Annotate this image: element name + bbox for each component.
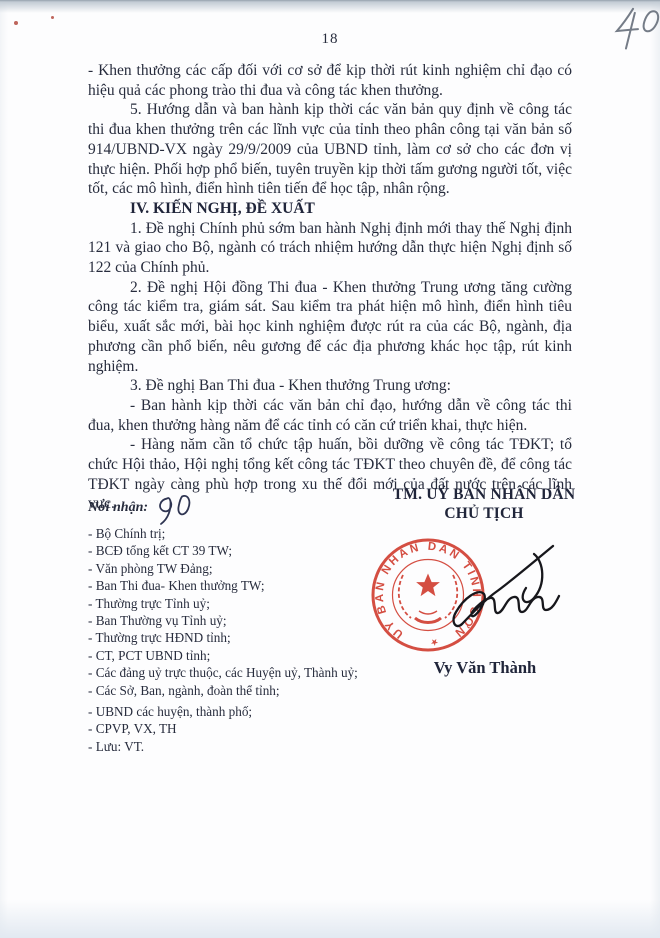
recipient-item: - Ban Thi đua- Khen thưởng TW; <box>88 577 388 594</box>
recipient-item: - Các Sở, Ban, ngành, đoàn thể tỉnh; <box>88 682 388 699</box>
stamp-separator-star: ★ <box>428 637 439 647</box>
document-body: - Khen thưởng các cấp đối với cơ sở để k… <box>88 61 572 514</box>
signature-heading-block: TM. UỶ BAN NHÂN DÂN CHỦ TỊCH <box>384 486 584 523</box>
handwritten-copy-count <box>153 492 195 527</box>
signing-authority: TM. UỶ BAN NHÂN DÂN <box>384 486 584 505</box>
recipients-block: Nơi nhận: - Bộ Chính trị; - BCĐ tổng kết… <box>88 499 388 755</box>
signer-title: CHỦ TỊCH <box>384 505 584 524</box>
recipient-item: - UBND các huyện, thành phố; <box>88 703 388 720</box>
red-speck <box>14 21 18 25</box>
paragraph-5: 5. Hướng dẫn và ban hành kịp thời các vă… <box>88 100 572 199</box>
star-icon <box>416 574 440 597</box>
paragraph-khen-thuong: - Khen thưởng các cấp đối với cơ sở để k… <box>88 61 572 100</box>
recipients-label: Nơi nhận: <box>88 499 148 516</box>
recipient-item: - CPVP, VX, TH <box>88 720 388 737</box>
recipient-item: - Các đảng uỷ trực thuộc, các Huyện uỷ, … <box>88 664 388 681</box>
recipient-item: - Lưu: VT. <box>88 738 388 755</box>
document-page: 18 - Khen thưởng các cấp đối với cơ sở đ… <box>0 0 660 938</box>
paragraph-1: 1. Đề nghị Chính phủ sớm ban hành Nghị đ… <box>88 219 572 278</box>
recipient-item: - Ban Thường vụ Tỉnh uỷ; <box>88 612 388 629</box>
signature-scribble <box>438 540 563 632</box>
paragraph-dash-1: - Ban hành kịp thời các văn bản chỉ đạo,… <box>88 396 572 435</box>
paragraph-3: 3. Đề nghị Ban Thi đua - Khen thưởng Tru… <box>88 376 572 396</box>
handwritten-page-annotation <box>611 4 660 54</box>
recipient-item: - Thường trực HĐND tỉnh; <box>88 629 388 646</box>
recipient-item: - Bộ Chính trị; <box>88 525 388 542</box>
page-number: 18 <box>88 31 572 48</box>
signer-name: Vy Văn Thành <box>385 658 585 678</box>
recipient-item: - BCĐ tổng kết CT 39 TW; <box>88 542 388 559</box>
paragraph-2: 2. Đề nghị Hội đồng Thi đua - Khen thưởn… <box>88 278 572 377</box>
red-speck <box>51 16 54 19</box>
section-heading-iv: IV. KIẾN NGHỊ, ĐỀ XUẤT <box>88 199 572 219</box>
recipient-item: - CT, PCT UBND tỉnh; <box>88 647 388 664</box>
svg-text:★: ★ <box>428 637 439 647</box>
recipient-item: - Thường trực Tỉnh uỷ; <box>88 595 388 612</box>
recipient-item: - Văn phòng TW Đảng; <box>88 560 388 577</box>
